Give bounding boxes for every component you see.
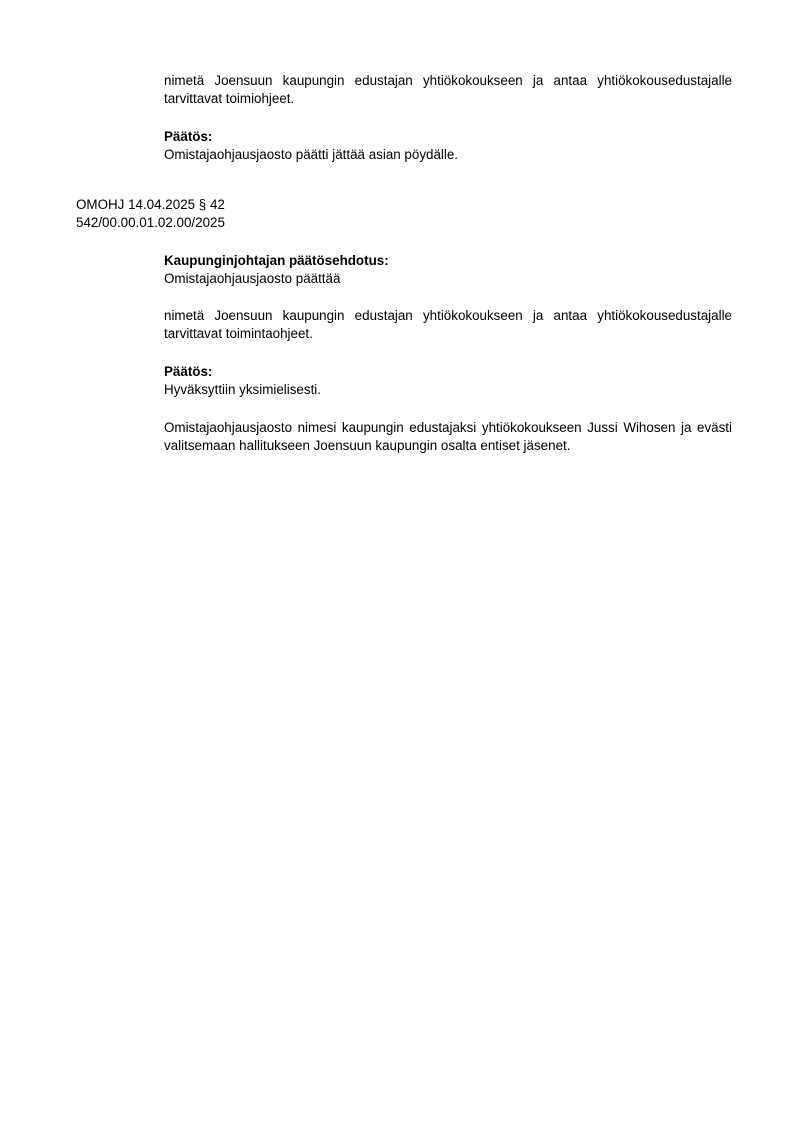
previous-decision-heading: Päätös: (164, 128, 732, 146)
mayor-proposal-text: nimetä Joensuun kaupungin edustajan yhti… (164, 307, 732, 343)
mayor-proposal-intro: Omistajaohjausjaosto päättää (164, 270, 732, 288)
decision-text: Hyväksyttiin yksimielisesti. (164, 381, 732, 399)
decision-heading: Päätös: (164, 363, 732, 381)
meeting-reference: OMOHJ 14.04.2025 § 42 (76, 196, 225, 214)
previous-decision-text: Omistajaohjausjaosto päätti jättää asian… (164, 146, 732, 164)
decision-detail: Omistajaohjausjaosto nimesi kaupungin ed… (164, 419, 732, 455)
record-number: 542/00.00.01.02.00/2025 (76, 214, 225, 232)
previous-proposal-text: nimetä Joensuun kaupungin edustajan yhti… (164, 72, 732, 108)
mayor-proposal-heading: Kaupunginjohtajan päätösehdotus: (164, 252, 732, 270)
